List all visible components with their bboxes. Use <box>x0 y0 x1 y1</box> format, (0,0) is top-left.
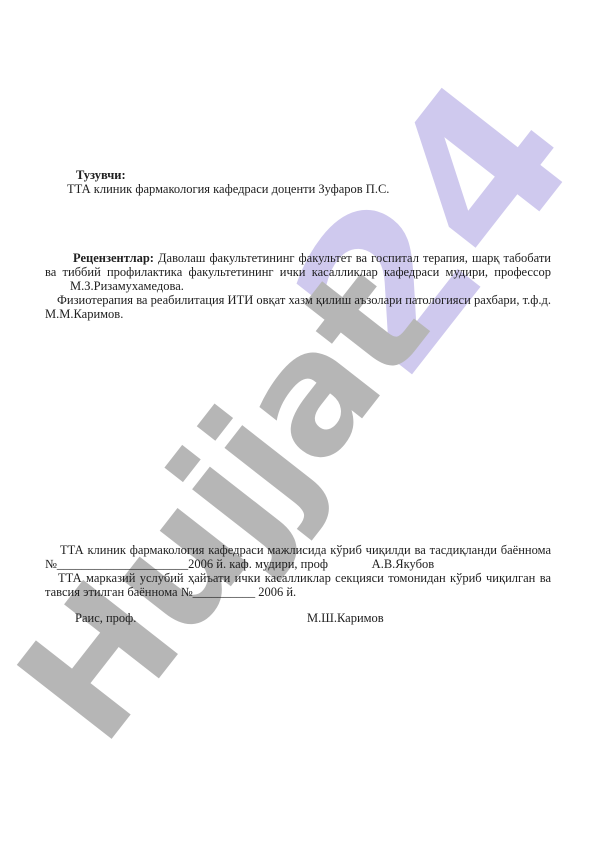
reviewers-heading: Рецензентлар: <box>73 251 154 265</box>
signature-label: Раис, проф. <box>45 611 551 625</box>
approval-line-3: ТТА марказий услубий ҳайъати ички касалл… <box>45 571 551 585</box>
authors-block: Тузувчи: ТТА клиник фармакология кафедра… <box>45 168 551 196</box>
reviewers-line-1-text: Даволаш факультетининг факультет ва госп… <box>154 251 551 265</box>
reviewers-block: Рецензентлар: Даволаш факультетининг фак… <box>45 251 551 321</box>
signature-name: М.Ш.Каримов <box>307 611 384 625</box>
reviewers-line-2: ва тиббий профилактика факультетининг ич… <box>45 265 551 279</box>
reviewers-line-4: Физиотерапия ва реабилитация ИТИ овқат х… <box>45 293 551 307</box>
authors-line: ТТА клиник фармакология кафедраси доцент… <box>45 182 551 196</box>
reviewers-line-5: М.М.Каримов. <box>45 307 551 321</box>
approval-line-1: ТТА клиник фармакология кафедраси мажлис… <box>45 543 551 557</box>
watermark-brand-hujjat: Hujjat <box>52 290 392 720</box>
authors-heading: Тузувчи: <box>45 168 551 182</box>
approval-line-2: №_____________________2006 й. каф. мудир… <box>45 557 551 571</box>
reviewers-line-1: Рецензентлар: Даволаш факультетининг фак… <box>45 251 551 265</box>
approval-block: ТТА клиник фармакология кафедраси мажлис… <box>45 543 551 599</box>
signature-row: Раис, проф. М.Ш.Каримов <box>45 611 551 625</box>
document-page: 24 Hujjat Тузувчи: ТТА клиник фармаколог… <box>0 0 596 842</box>
reviewers-line-3: М.З.Ризамухамедова. <box>45 279 551 293</box>
approval-line-4: тавсия этилган баённома №__________ 2006… <box>45 585 551 599</box>
